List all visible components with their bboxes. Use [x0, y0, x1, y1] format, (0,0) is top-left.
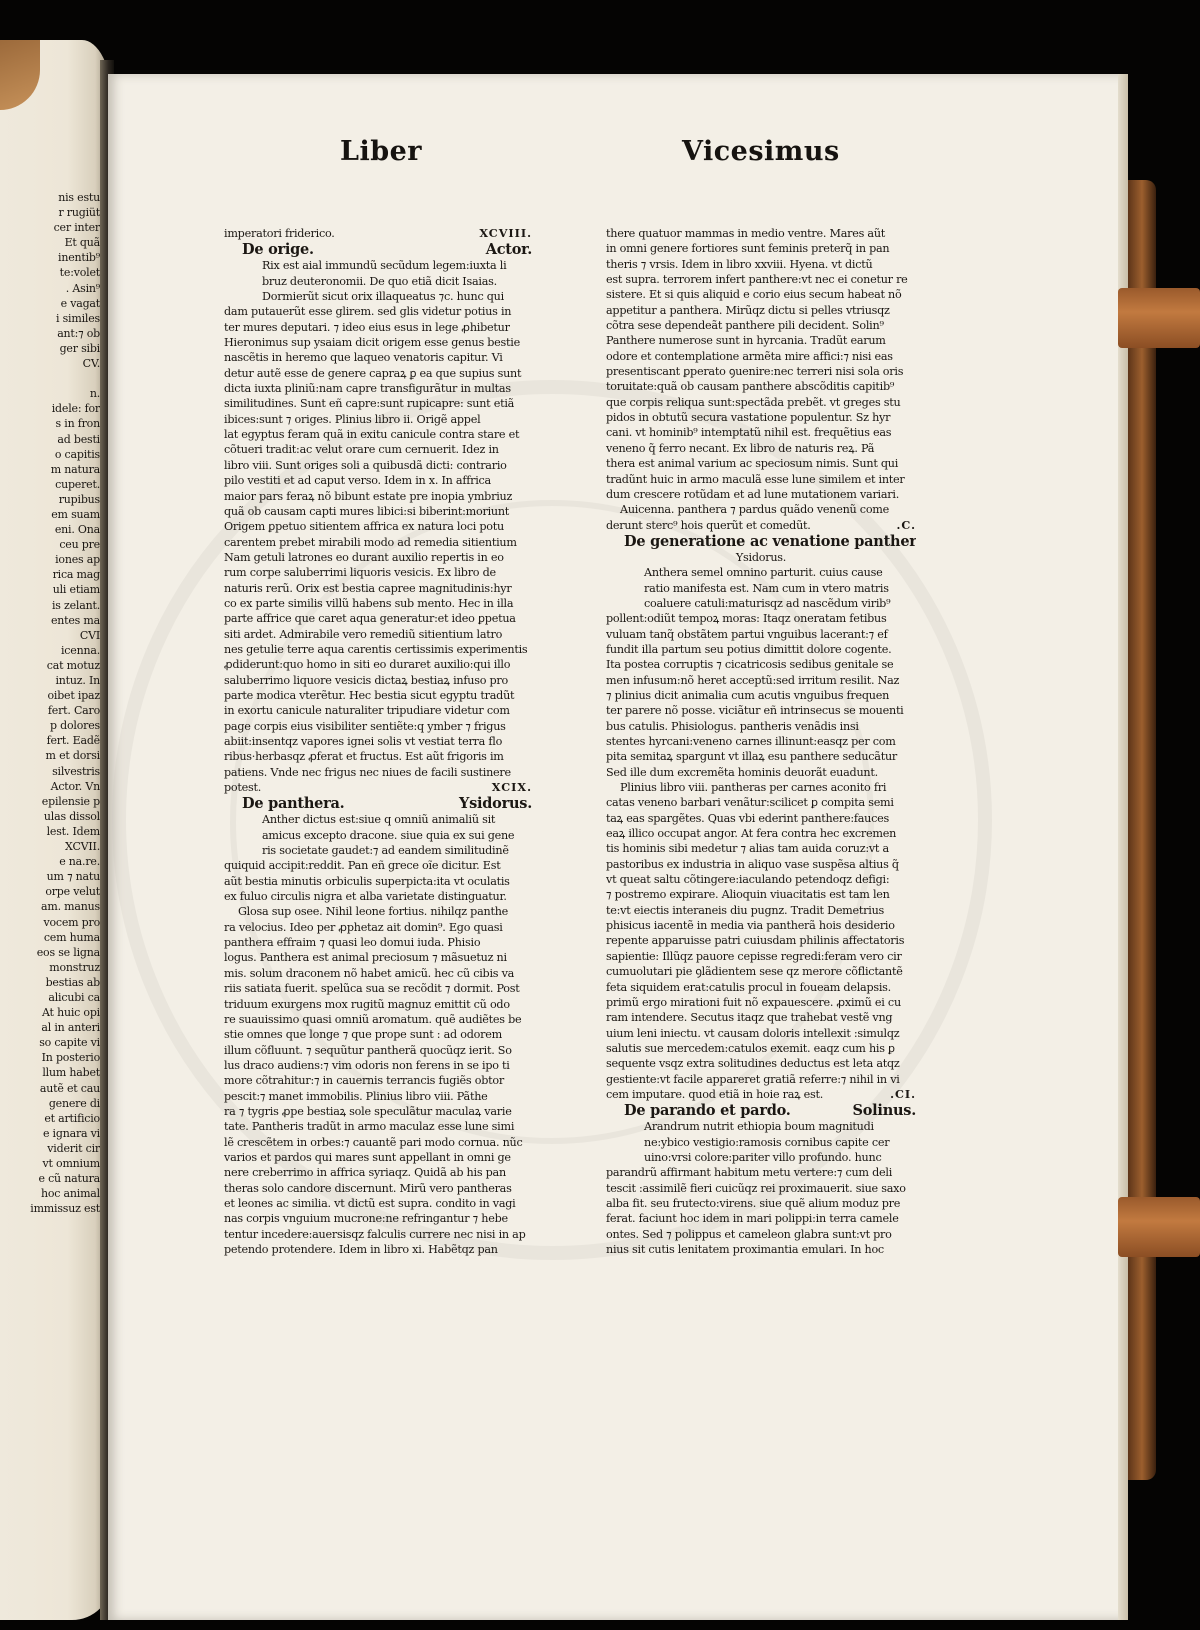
text-line: Anther dictus est:siue q omniũ animaliũ … [224, 812, 532, 827]
text-line: varios et pardos qui mares sunt appellan… [224, 1150, 532, 1165]
text-line: ter mures deputari. ⁊ ideo eius esus in … [224, 320, 532, 335]
left-page-line: em suam [0, 507, 100, 522]
text-line: petendo protendere. Idem in libro xi. Ha… [224, 1242, 532, 1257]
line-text: phisicus iacentẽ in media via pantherã h… [606, 918, 895, 933]
text-line: odore et contemplatione armẽta mire affi… [606, 349, 916, 364]
line-text: Nam getuli latrones eo durant auxilio re… [224, 550, 504, 565]
leather-cover-edge [1128, 180, 1156, 1480]
text-line: pidos in obtutũ secura vastatione popule… [606, 410, 916, 425]
line-text: catas veneno barbari venãtur:scilicet ꝑ … [606, 795, 894, 810]
line-text: taꝝ eas spargẽtes. Quas vbi ederint pant… [606, 811, 889, 826]
line-text: nes getulie terre aqua carentis certissi… [224, 642, 527, 657]
line-text: pilo vestiti et ad caput verso. Idem in … [224, 473, 491, 488]
line-text: parte affrice que caret aqua generatur:e… [224, 611, 516, 626]
line-text: Ita postea corruptis ⁊ cicatricosis sedi… [606, 657, 893, 672]
line-text: et leones ac similia. vt dictũ est supra… [224, 1196, 516, 1211]
text-line: ontes. Sed ⁊ polippus et cameleon glabra… [606, 1227, 916, 1242]
text-line: uino:vrsi colore:pariter villo profundo.… [606, 1150, 916, 1165]
text-line: men infusum:nõ heret acceptũ:sed irritum… [606, 673, 916, 688]
text-line: gestiente:vt facile appareret gratiã ref… [606, 1072, 916, 1087]
line-text: potest. [224, 780, 261, 795]
line-text: thera est animal varium ac speciosum nim… [606, 456, 898, 471]
text-line: amicus excepto dracone. siue quia ex sui… [224, 828, 532, 843]
left-page-line: CV. [0, 356, 100, 371]
text-line: salutis sue mercedem:catulos exemit. eaq… [606, 1041, 916, 1056]
left-page-line: is zelant. [0, 598, 100, 613]
text-line: similitudines. Sunt eñ capre:sunt rupica… [224, 396, 532, 411]
left-page-line: o capitis [0, 447, 100, 462]
line-text: que corpis reliqua sunt:spectãda prebẽt.… [606, 395, 900, 410]
text-line: thera est animal varium ac speciosum nim… [606, 456, 916, 471]
text-line: vt queat saltu cõtingere:iaculando peten… [606, 872, 916, 887]
text-line: siti ardet. Admirabile vero remediũ siti… [224, 627, 532, 642]
text-line: veneno q̃ ferro necant. Ex libro de natu… [606, 441, 916, 456]
line-text: Arandrum nutrit ethiopia boum magnitudi [644, 1119, 874, 1134]
text-line: theras solo candore discernunt. Mirũ ver… [224, 1181, 532, 1196]
text-line: tis hominis sibi medetur ⁊ alias tam aui… [606, 841, 916, 856]
line-text: ne:ybico vestigio:ramosis cornibus capit… [644, 1135, 889, 1150]
text-line: parte modica vterẽtur. Hec bestia sicut … [224, 688, 532, 703]
text-line: Anthera semel omnino parturit. cuius cau… [606, 565, 916, 580]
text-line: illum cõfluunt. ⁊ sequũtur pantherã quoc… [224, 1043, 532, 1058]
line-text: te:vt eiectis interaneis diu pugnz. Trad… [606, 903, 884, 918]
text-line: imperatori friderico.XCVIII. [224, 226, 532, 241]
line-text: derunt sterc⁹ hois querũt et comedũt. [606, 518, 811, 533]
line-text: in omni genere fortiores sunt feminis pr… [606, 241, 889, 256]
line-text: riis satiata fuerit. spelũca sua se recõ… [224, 981, 520, 996]
text-line: Dormierũt sicut orix illaqueatus ⁊c. hun… [224, 289, 532, 304]
text-line: potest.XCIX. [224, 780, 532, 795]
left-page-text: nis estur rugiütcer interEt quãinentib⁹t… [0, 190, 100, 1216]
line-text: varios et pardos qui mares sunt appellan… [224, 1150, 511, 1165]
line-text: feta siquidem erat:catulis procul in fou… [606, 980, 891, 995]
line-text: primũ ergo mirationi fuit nõ expauescere… [606, 995, 901, 1010]
left-page-line: ceu pre [0, 537, 100, 552]
text-line: Nam getuli latrones eo durant auxilio re… [224, 550, 532, 565]
line-text: repente apparuisse patri cuiusdam philin… [606, 933, 904, 948]
line-text: nere creberrimo in affrica syriaqz. Quid… [224, 1165, 506, 1180]
line-text: est supra. terrorem infert panthere:vt n… [606, 272, 908, 287]
line-text: petendo protendere. Idem in libro xi. Ha… [224, 1242, 498, 1257]
line-text: gestiente:vt facile appareret gratiã ref… [606, 1072, 900, 1087]
text-line: rum corpe saluberrimi liquoris vesicis. … [224, 565, 532, 580]
text-line: there quatuor mammas in medio ventre. Ma… [606, 226, 916, 241]
text-line: sapientie: Illũqz pauore cepisse regredi… [606, 949, 916, 964]
text-line: nas corpis vnguium mucrone:ne refringant… [224, 1211, 532, 1226]
line-text: stentes hyrcani:veneno carnes illinunt:e… [606, 734, 896, 749]
leather-strap-upper [1118, 288, 1200, 348]
text-line: ra ⁊ tygris ꝓpe bestiaꝝ sole speculãtur … [224, 1104, 532, 1119]
line-text: theris ⁊ vrsis. Idem in libro xxviii. Hy… [606, 257, 872, 272]
text-line: ⁊ plinius dicit animalia cum acutis vngu… [606, 688, 916, 703]
chapter-heading: De panthera.Ysidorus. [224, 795, 532, 812]
text-line: pescit:⁊ manet immobilis. Plinius libro … [224, 1089, 532, 1104]
text-line: lẽ crescẽtem in orbes:⁊ cauantẽ pari mod… [224, 1135, 532, 1150]
text-line: ferat. faciunt hoc idem in mari polippi:… [606, 1211, 916, 1226]
text-line: et leones ac similia. vt dictũ est supra… [224, 1196, 532, 1211]
left-page-line: ad besti [0, 432, 100, 447]
left-page-line: ger sibi [0, 341, 100, 356]
line-text: Origem ꝑpetuo sitientem affrica ex natur… [224, 519, 504, 534]
left-page-line: CVI [0, 628, 100, 643]
text-line: quã ob causam capti mures libici:si bibe… [224, 504, 532, 519]
line-text: cõtueri tradit:ac velut orare cum cernue… [224, 442, 499, 457]
line-text: stie omnes que longe ⁊ que prope sunt : … [224, 1027, 502, 1042]
line-text: presentiscant ꝑperato ꝯuenire:nec terrer… [606, 364, 903, 379]
left-page-line: autẽ et cau [0, 1081, 100, 1096]
left-page-line: eos se ligna [0, 945, 100, 960]
left-page-line: m et dorsi [0, 748, 100, 763]
text-line: bus catulis. Phisiologus. pantheris venã… [606, 719, 916, 734]
text-line: in omni genere fortiores sunt feminis pr… [606, 241, 916, 256]
line-text: saluberrimo liquore vesicis dictaꝝ besti… [224, 673, 508, 688]
text-line: naturis rerũ. Orix est bestia capree mag… [224, 581, 532, 596]
line-text: nius sit cutis lenitatem proximantia emu… [606, 1242, 884, 1257]
text-line: dam putauerũt esse glirem. sed glis vide… [224, 304, 532, 319]
line-text: pastoribus ex industria in aliquo vase s… [606, 857, 899, 872]
text-line: cõtra sese dependeãt panthere pili decid… [606, 318, 916, 333]
chapter-source: Actor. [486, 241, 532, 258]
left-page-line: so capite vi [0, 1035, 100, 1050]
line-text: nas corpis vnguium mucrone:ne refringant… [224, 1211, 508, 1226]
line-text: siti ardet. Admirabile vero remediũ siti… [224, 627, 502, 642]
text-line: stentes hyrcani:veneno carnes illinunt:e… [606, 734, 916, 749]
text-line: eaꝝ illico occupat angor. At fera contra… [606, 826, 916, 841]
line-text: salutis sue mercedem:catulos exemit. eaq… [606, 1041, 895, 1056]
text-line: detur autẽ esse de genere capraꝝ ꝑ ea qu… [224, 366, 532, 381]
text-line: repente apparuisse patri cuiusdam philin… [606, 933, 916, 948]
text-line: page corpis eius visibiliter sentiẽte:q … [224, 719, 532, 734]
line-text: men infusum:nõ heret acceptũ:sed irritum… [606, 673, 899, 688]
left-page-line: ant:⁊ ob [0, 326, 100, 341]
left-page-line: eni. Ona [0, 522, 100, 537]
left-page-line: llum habet [0, 1065, 100, 1080]
left-page-line: cer inter [0, 220, 100, 235]
line-text: pita semitaꝝ spargunt vt illaꝝ esu panth… [606, 749, 897, 764]
left-page-line: fert. Caro [0, 703, 100, 718]
line-text: Plinius libro viii. pantheras per carnes… [620, 780, 886, 795]
text-line: catas veneno barbari venãtur:scilicet ꝑ … [606, 795, 916, 810]
line-text: maior pars feraꝝ nõ bibunt estate pre in… [224, 489, 512, 504]
text-line: uium leni iniectu. vt causam doloris int… [606, 1026, 916, 1041]
text-line: vuluam tanq̃ obstãtem partui vnguibus la… [606, 627, 916, 642]
text-line: coaluere catuli:maturisqz ad nascẽdum vi… [606, 596, 916, 611]
text-line: Hieronimus sup ysaiam dicit origem esse … [224, 335, 532, 350]
line-text: naturis rerũ. Orix est bestia capree mag… [224, 581, 511, 596]
line-text: ibices:sunt ⁊ origes. Plinius libro ii. … [224, 412, 480, 427]
leather-strap-lower [1118, 1197, 1200, 1257]
line-text: bus catulis. Phisiologus. pantheris venã… [606, 719, 859, 734]
line-text: ram intendere. Secutus itaqz que traheba… [606, 1010, 892, 1025]
line-text: ra ⁊ tygris ꝓpe bestiaꝝ sole speculãtur … [224, 1104, 512, 1119]
line-text: pollent:odiũt tempoꝝ moras: Itaqz onerat… [606, 611, 887, 626]
left-page-line: In posterio [0, 1050, 100, 1065]
line-text: Auicenna. panthera ⁊ pardus quãdo venenũ… [620, 502, 889, 517]
line-text: panthera effraim ⁊ quasi leo domui iuda.… [224, 935, 480, 950]
line-text: quiquid accipit:reddit. Pan eñ grece oĩe… [224, 858, 500, 873]
running-head-left: Liber [340, 136, 422, 167]
text-line: riis satiata fuerit. spelũca sua se recõ… [224, 981, 532, 996]
line-text: vt queat saltu cõtingere:iaculando peten… [606, 872, 889, 887]
line-text: toruitate:quã ob causam panthere abscõdi… [606, 379, 894, 394]
line-text: Rix est aial immundũ secũdum legem:iuxta… [262, 258, 506, 273]
text-line: presentiscant ꝑperato ꝯuenire:nec terrer… [606, 364, 916, 379]
line-text: tradũnt huic in armo maculã esse lune si… [606, 472, 905, 487]
text-line: saluberrimo liquore vesicis dictaꝝ besti… [224, 673, 532, 688]
left-page-line: p dolores [0, 718, 100, 733]
line-text: cem imputare. quod etiã in hoie raꝝ est. [606, 1087, 823, 1102]
left-page-line: idele: for [0, 401, 100, 416]
text-line: primũ ergo mirationi fuit nõ expauescere… [606, 995, 916, 1010]
left-page-line: alicubi ca [0, 990, 100, 1005]
text-line: derunt sterc⁹ hois querũt et comedũt..C. [606, 518, 916, 533]
left-page-line: bestias ab [0, 975, 100, 990]
text-line: Arandrum nutrit ethiopia boum magnitudi [606, 1119, 916, 1134]
text-line: bruz deuteronomii. De quo etiã dicit Isa… [224, 274, 532, 289]
chapter-title: De orige. [242, 241, 314, 258]
line-text: bruz deuteronomii. De quo etiã dicit Isa… [262, 274, 497, 289]
text-line: abiit:insentqz vapores ignei solis vt ve… [224, 734, 532, 749]
text-line: pita semitaꝝ spargunt vt illaꝝ esu panth… [606, 749, 916, 764]
line-text: pescit:⁊ manet immobilis. Plinius libro … [224, 1089, 488, 1104]
line-text: ter mures deputari. ⁊ ideo eius esus in … [224, 320, 510, 335]
line-text: page corpis eius visibiliter sentiẽte:q … [224, 719, 506, 734]
line-text: theras solo candore discernunt. Mirũ ver… [224, 1181, 512, 1196]
line-text: Ysidorus. [736, 550, 786, 565]
left-page-line: um ⁊ natu [0, 869, 100, 884]
line-text: ontes. Sed ⁊ polippus et cameleon glabra… [606, 1227, 892, 1242]
line-text: tate. Pantheris tradũt in armo maculaz e… [224, 1119, 514, 1134]
text-line: cani. vt hominib⁹ intemptatũ nihil est. … [606, 425, 916, 440]
left-page-line: am. manus [0, 899, 100, 914]
line-text: imperatori friderico. [224, 226, 335, 241]
text-line: alba fit. seu frutecto:virens. siue quẽ … [606, 1196, 916, 1211]
text-line: Auicenna. panthera ⁊ pardus quãdo venenũ… [606, 502, 916, 517]
left-page-line: epilensie p [0, 794, 100, 809]
line-text: sequente vsqz extra solitudines deductus… [606, 1056, 900, 1071]
left-page-line: te:volet [0, 265, 100, 280]
line-text: dam putauerũt esse glirem. sed glis vide… [224, 304, 511, 319]
text-line: parandrũ affirmant habitum metu vertere:… [606, 1165, 916, 1180]
text-line: appetitur a panthera. Mirũqz dictu si pe… [606, 303, 916, 318]
chapter-title: De generatione ac venatione panthere. [624, 533, 916, 550]
line-text: logus. Panthera est animal preciosum ⁊ m… [224, 950, 507, 965]
line-text: coaluere catuli:maturisqz ad nascẽdum vi… [644, 596, 890, 611]
text-line: fundit illa partum seu potius dimittit d… [606, 642, 916, 657]
chapter-source: Solinus. [853, 1102, 916, 1119]
left-page-line: m natura [0, 462, 100, 477]
text-line: aũt bestia minutis orbiculis superpicta:… [224, 874, 532, 889]
text-line: ribus·herbasqz ꝓferat et fructus. Est aũ… [224, 749, 532, 764]
text-line: stie omnes que longe ⁊ que prope sunt : … [224, 1027, 532, 1042]
line-text: dum crescere rotũdam et ad lune mutation… [606, 487, 899, 502]
text-line: Glosa sup osee. Nihil leone fortius. nih… [224, 904, 532, 919]
left-page-line: genere di [0, 1096, 100, 1111]
line-text: Glosa sup osee. Nihil leone fortius. nih… [238, 904, 508, 919]
text-line: libro viii. Sunt origes soli a quibusdã … [224, 458, 532, 473]
left-page-line: immissuz est [0, 1201, 100, 1216]
line-text: similitudines. Sunt eñ capre:sunt rupica… [224, 396, 514, 411]
text-column-left: imperatori friderico.XCVIII.De orige.Act… [224, 226, 532, 1257]
text-line: tradũnt huic in armo maculã esse lune si… [606, 472, 916, 487]
left-page-line: Actor. Vn [0, 779, 100, 794]
text-line: pastoribus ex industria in aliquo vase s… [606, 857, 916, 872]
line-text: alba fit. seu frutecto:virens. siue quẽ … [606, 1196, 900, 1211]
line-text: Hieronimus sup ysaiam dicit origem esse … [224, 335, 520, 350]
text-line: nascẽtis in heremo que laqueo venatoris … [224, 350, 532, 365]
left-page-line [0, 371, 100, 386]
left-page-line: s in fron [0, 416, 100, 431]
chapter-number: .C. [897, 518, 917, 533]
line-text: abiit:insentqz vapores ignei solis vt ve… [224, 734, 502, 749]
line-text: ex fuluo circulis nigra et alba varietat… [224, 889, 507, 904]
left-page-line: viderit cir [0, 1141, 100, 1156]
line-text: lus draco audiens:⁊ vim odoris non feren… [224, 1058, 510, 1073]
left-page-line: cem huma [0, 930, 100, 945]
line-text: in exortu canicule naturaliter tripudiar… [224, 703, 510, 718]
text-line: toruitate:quã ob causam panthere abscõdi… [606, 379, 916, 394]
line-text: Anther dictus est:siue q omniũ animaliũ … [262, 812, 495, 827]
text-line: que corpis reliqua sunt:spectãda prebẽt.… [606, 395, 916, 410]
text-line: nere creberrimo in affrica syriaqz. Quid… [224, 1165, 532, 1180]
line-text: ⁊ postremo expirare. Alioquin viuacitati… [606, 887, 890, 902]
text-line: ris societate gaudet:⁊ ad eandem similit… [224, 843, 532, 858]
line-text: lat egyptus feram quã in exitu canicule … [224, 427, 519, 442]
text-line: ibices:sunt ⁊ origes. Plinius libro ii. … [224, 412, 532, 427]
line-text: sapientie: Illũqz pauore cepisse regredi… [606, 949, 902, 964]
left-page-line: vt omnium [0, 1156, 100, 1171]
line-text: eaꝝ illico occupat angor. At fera contra… [606, 826, 896, 841]
text-line: phisicus iacentẽ in media via pantherã h… [606, 918, 916, 933]
line-text: odore et contemplatione armẽta mire affi… [606, 349, 893, 364]
chapter-title: De panthera. [242, 795, 344, 812]
line-text: Sed ille dum excremẽta hominis deuorãt e… [606, 765, 878, 780]
text-line: mis. solum draconem nõ habet amicũ. hec … [224, 966, 532, 981]
text-line: theris ⁊ vrsis. Idem in libro xxviii. Hy… [606, 257, 916, 272]
chapter-number: XCIX. [492, 780, 532, 795]
left-page-line: rupibus [0, 492, 100, 507]
text-line: Origem ꝑpetuo sitientem affrica ex natur… [224, 519, 532, 534]
left-page-line: vocem pro [0, 915, 100, 930]
left-page-line: At huic opi [0, 1005, 100, 1020]
left-page-line: e ignara vi [0, 1126, 100, 1141]
running-head-right: Vicesimus [682, 136, 840, 167]
line-text: aũt bestia minutis orbiculis superpicta:… [224, 874, 510, 889]
line-text: dicta iuxta pliniũ:nam capre transfigurã… [224, 381, 511, 396]
source-attribution: Ysidorus. [606, 550, 916, 565]
left-page-line: e na.re. [0, 854, 100, 869]
text-line: parte affrice que caret aqua generatur:e… [224, 611, 532, 626]
line-text: patiens. Vnde nec frigus nec niues de fa… [224, 765, 511, 780]
chapter-heading: De orige.Actor. [224, 241, 532, 258]
left-page-line: silvestris [0, 764, 100, 779]
line-text: ⁊ plinius dicit animalia cum acutis vngu… [606, 688, 889, 703]
text-line: logus. Panthera est animal preciosum ⁊ m… [224, 950, 532, 965]
line-text: nascẽtis in heremo que laqueo venatoris … [224, 350, 503, 365]
line-text: lẽ crescẽtem in orbes:⁊ cauantẽ pari mod… [224, 1135, 523, 1150]
chapter-heading: De parando et pardo.Solinus. [606, 1102, 916, 1119]
left-page-line: et artificio [0, 1111, 100, 1126]
chapter-title: De parando et pardo. [624, 1102, 791, 1119]
line-text: re suauissimo quasi omniũ aromatum. quẽ … [224, 1012, 521, 1027]
text-line: Panthere numerose sunt in hyrcania. Trad… [606, 333, 916, 348]
line-text: Panthere numerose sunt in hyrcania. Trad… [606, 333, 886, 348]
line-text: sistere. Et si quis aliquid e corio eius… [606, 287, 902, 302]
left-page-line: XCVII. [0, 839, 100, 854]
left-page-line: entes ma [0, 613, 100, 628]
text-line: triduum exurgens mox rugitũ magnuz emitt… [224, 997, 532, 1012]
left-page-line: nis estu [0, 190, 100, 205]
text-column-right: there quatuor mammas in medio ventre. Ma… [606, 226, 916, 1257]
text-line: panthera effraim ⁊ quasi leo domui iuda.… [224, 935, 532, 950]
left-page-line: r rugiüt [0, 205, 100, 220]
text-line: ram intendere. Secutus itaqz que traheba… [606, 1010, 916, 1025]
text-line: nius sit cutis lenitatem proximantia emu… [606, 1242, 916, 1257]
line-text: ribus·herbasqz ꝓferat et fructus. Est aũ… [224, 749, 504, 764]
line-text: parandrũ affirmant habitum metu vertere:… [606, 1165, 892, 1180]
chapter-number: XCVIII. [479, 226, 532, 241]
line-text: ꝓdiderunt:quo homo in siti eo duraret au… [224, 657, 510, 672]
line-text: ferat. faciunt hoc idem in mari polippi:… [606, 1211, 899, 1226]
left-page-line: n. [0, 386, 100, 401]
left-page-fragment: nis estur rugiütcer interEt quãinentib⁹t… [0, 40, 112, 1620]
line-text: uino:vrsi colore:pariter villo profundo.… [644, 1150, 881, 1165]
line-text: rum corpe saluberrimi liquoris vesicis. … [224, 565, 496, 580]
text-line: Rix est aial immundũ secũdum legem:iuxta… [224, 258, 532, 273]
chapter-number: .CI. [890, 1087, 916, 1102]
line-text: veneno q̃ ferro necant. Ex libro de natu… [606, 441, 874, 456]
text-line: Ita postea corruptis ⁊ cicatricosis sedi… [606, 657, 916, 672]
text-line: taꝝ eas spargẽtes. Quas vbi ederint pant… [606, 811, 916, 826]
line-text: tentur incedere:auersisqz falculis curre… [224, 1227, 526, 1242]
text-line: sistere. Et si quis aliquid e corio eius… [606, 287, 916, 302]
line-text: illum cõfluunt. ⁊ sequũtur pantherã quoc… [224, 1043, 512, 1058]
text-line: lat egyptus feram quã in exitu canicule … [224, 427, 532, 442]
text-line: feta siquidem erat:catulis procul in fou… [606, 980, 916, 995]
text-line: ratio manifesta est. Nam cum in vtero ma… [606, 581, 916, 596]
line-text: amicus excepto dracone. siue quia ex sui… [262, 828, 514, 843]
left-page-line: e cũ natura [0, 1171, 100, 1186]
text-line: nes getulie terre aqua carentis certissi… [224, 642, 532, 657]
text-line: ter parere nõ posse. viciãtur eñ intrins… [606, 703, 916, 718]
line-text: tescit :assimilẽ fieri cuicũqz rei proxi… [606, 1181, 906, 1196]
left-page-line: intuz. In [0, 673, 100, 688]
left-page-line: e vagat [0, 296, 100, 311]
text-line: tate. Pantheris tradũt in armo maculaz e… [224, 1119, 532, 1134]
text-line: patiens. Vnde nec frigus nec niues de fa… [224, 765, 532, 780]
line-text: carentem prebet mirabili modo ad remedia… [224, 535, 517, 550]
left-page-line: ulas dissol [0, 809, 100, 824]
line-text: ris societate gaudet:⁊ ad eandem similit… [262, 843, 509, 858]
line-text: cõtra sese dependeãt panthere pili decid… [606, 318, 884, 333]
line-text: co ex parte similis villũ habens sub men… [224, 596, 513, 611]
text-line: pollent:odiũt tempoꝝ moras: Itaqz onerat… [606, 611, 916, 626]
text-line: ra velocius. Ideo per ꝓphetaz ait domin⁹… [224, 920, 532, 935]
text-line: ꝓdiderunt:quo homo in siti eo duraret au… [224, 657, 532, 672]
left-page-line: inentib⁹ [0, 250, 100, 265]
left-page-line: . Asin⁹ [0, 281, 100, 296]
line-text: ter parere nõ posse. viciãtur eñ intrins… [606, 703, 904, 718]
left-page-line: oibet ipaz [0, 688, 100, 703]
left-page-line: monstruz [0, 960, 100, 975]
left-page-line: orpe velut [0, 884, 100, 899]
left-page-line: cat motuz [0, 658, 100, 673]
line-text: uium leni iniectu. vt causam doloris int… [606, 1026, 899, 1041]
text-line: cumuolutari pie ꝯlãdientem sese qz meror… [606, 964, 916, 979]
line-text: there quatuor mammas in medio ventre. Ma… [606, 226, 885, 241]
left-page-line: icenna. [0, 643, 100, 658]
text-line: in exortu canicule naturaliter tripudiar… [224, 703, 532, 718]
